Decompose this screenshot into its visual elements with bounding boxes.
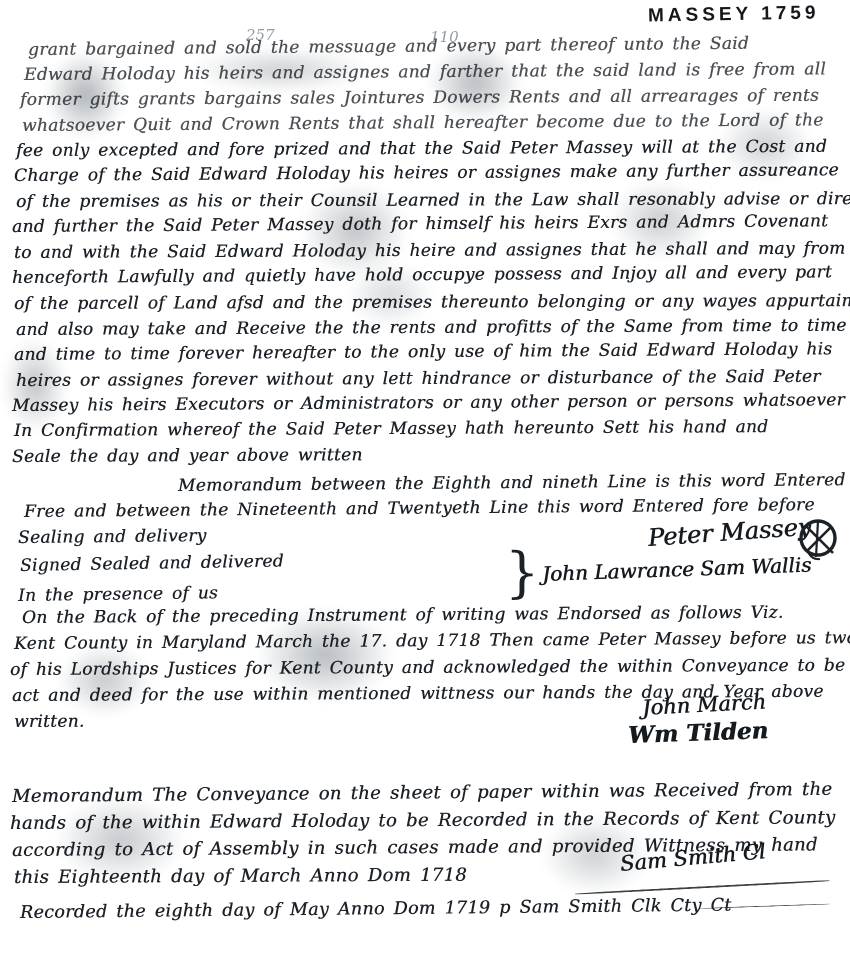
deed-line: to and with the Said Edward Holoday his … [14,239,846,263]
deed-line: Massey his heirs Executors or Administra… [12,390,845,416]
endorsement-line: written. [14,712,85,732]
deed-line: Seale the day and year above written [12,445,363,467]
deed-line: of the premises as his or their Counsil … [16,189,850,212]
signing-statement: Signed Sealed and delivered [20,551,284,576]
memo-interlineation-line: Sealing and delivery [18,526,207,548]
endorsement-line: Kent County in Maryland March the 17. da… [14,628,850,654]
scanned-deed-page: MASSEY 1759 257 110 grant bargained and … [0,0,850,972]
deed-line: and time to time forever hereafter to th… [14,339,832,365]
pen-flourish [575,880,830,895]
archival-annotation: MASSEY 1759 [648,3,820,28]
recording-memo-line: this Eighteenth day of March Anno Dom 17… [14,865,467,888]
signing-brace: } [505,546,539,600]
memo-interlineation-line: Memorandum between the Eighth and nineth… [178,470,846,496]
deed-line: grant bargained and sold the messuage an… [28,34,749,60]
deed-line: In Confirmation whereof the Said Peter M… [14,417,768,441]
memo-interlineation-line: Free and between the Nineteenth and Twen… [24,495,815,522]
deed-line: henceforth Lawfully and quietly have hol… [12,262,832,288]
deed-line: Edward Holoday his heirs and assignes an… [24,59,826,85]
recording-date-line: Recorded the eighth day of May Anno Dom … [20,896,732,923]
recording-memo-line: hands of the within Edward Holoday to be… [10,807,836,834]
endorsement-line: of his Lordships Justices for Kent Count… [10,655,850,680]
deed-line: of the parcell of Land afsd and the prem… [14,291,850,314]
deed-line: fee only excepted and fore prized and th… [16,137,827,161]
deed-line: whatsoever Quit and Crown Rents that sha… [22,110,824,136]
endorsement-line: On the Back of the preceding Instrument … [22,603,784,628]
deed-line: and further the Said Peter Massey doth f… [12,211,828,237]
deed-line: heires or assignes forever without any l… [16,367,821,391]
recording-memo-line: Memorandum The Conveyance on the sheet o… [12,779,832,807]
presence-statement: In the presence of us [18,583,218,606]
grantor-signature: Peter Massey [647,513,812,552]
deed-line: former gifts grants bargains sales Joint… [20,86,819,110]
justice-signature: Wm Tilden [628,717,769,749]
deed-line: Charge of the Said Edward Holoday his he… [14,160,839,186]
witness-signatures: John Lawrance Sam Wallis [542,553,812,586]
justice-signature: John March [641,690,766,720]
deed-line: and also may take and Receive the the re… [16,316,847,340]
